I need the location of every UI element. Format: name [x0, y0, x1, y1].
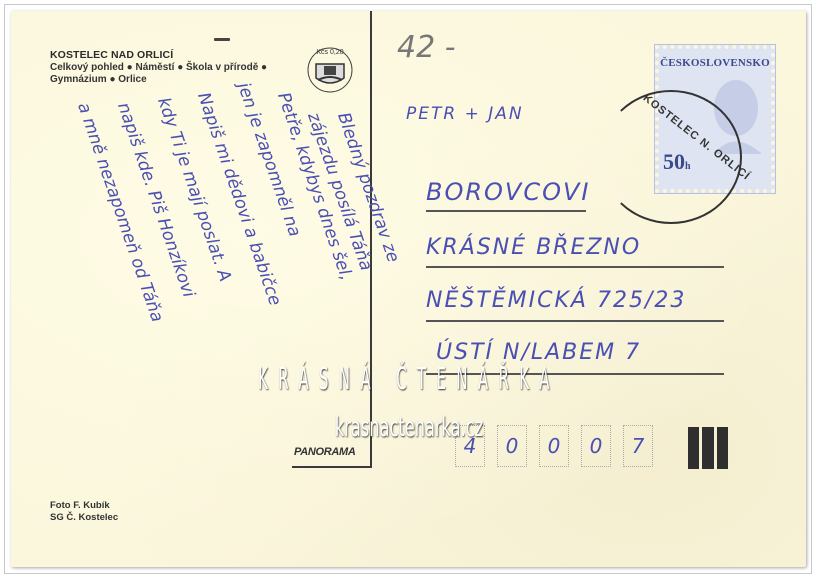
address-rule: [426, 266, 724, 268]
svg-text:Kčs 0,20: Kčs 0,20: [316, 49, 343, 56]
tourism-logo-icon: Kčs 0,20: [302, 44, 358, 94]
address-line-4: NĚŠTĚMICKÁ 725/23: [426, 288, 686, 313]
stamp-country: ČESKOSLOVENSKO: [659, 57, 771, 69]
watermark-url: krasnactenarka.cz: [164, 412, 655, 443]
watermark-brand: KRÁSNÁ ČTENÁŘKA: [184, 362, 634, 397]
postal-code-bars-icon: [688, 427, 728, 469]
caption-subtitle: Celkový pohled ● Náměstí ● Škola v příro…: [50, 62, 295, 86]
address-line-1: PETR + JAN: [406, 104, 524, 124]
address-line-2: BOROVCOVI: [426, 178, 590, 206]
address-rule: [426, 210, 586, 212]
ink-mark: [214, 38, 230, 41]
caption-title: KOSTELEC NAD ORLICÍ: [50, 49, 173, 61]
center-divider: [370, 11, 372, 466]
handwritten-message: Bledný pozdrav ze zájezdu posílá Táňa Pe…: [30, 110, 370, 540]
address-rule: [426, 320, 724, 322]
address-line-3: KRÁSNÉ BŘEZNO: [426, 235, 641, 260]
pencil-note: 42 -: [397, 30, 456, 65]
